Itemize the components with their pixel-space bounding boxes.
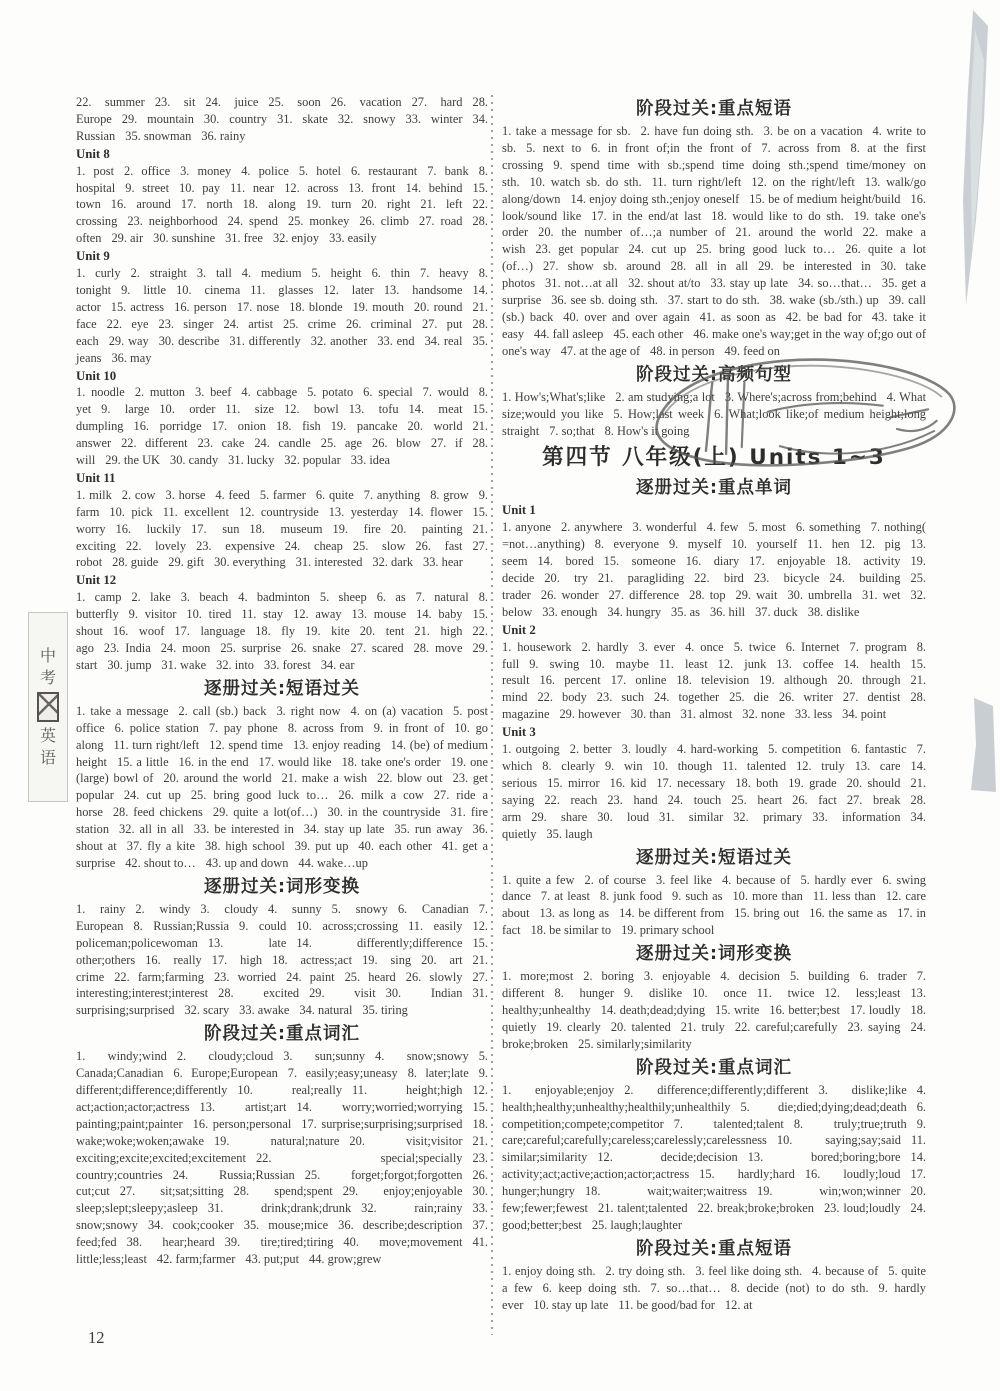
list-item: 4. decision bbox=[720, 969, 780, 983]
list-item: 11. height;high bbox=[352, 1083, 462, 1097]
list-item: 24. juice bbox=[205, 95, 258, 109]
list-item: 21. talent;talented bbox=[598, 1201, 688, 1215]
list-item: 24. spend bbox=[228, 214, 278, 228]
list-item: 28. top bbox=[689, 588, 725, 602]
list-item: 1. windy;wind bbox=[76, 1049, 167, 1063]
list-item: 2. better bbox=[570, 742, 612, 756]
list-item: 9. visitor bbox=[129, 607, 177, 621]
list-item: 35. run away bbox=[394, 822, 462, 836]
list-item: 3. cloudy bbox=[200, 902, 258, 916]
list-item: 7. so;that bbox=[549, 424, 594, 438]
list-item: 1. quite a few bbox=[502, 873, 575, 887]
list-item: 11. twice bbox=[757, 986, 815, 1000]
list-item: 20. art bbox=[421, 953, 462, 967]
list-item: 2. mutton bbox=[135, 385, 185, 399]
list-item: 11. stay bbox=[241, 607, 283, 621]
list-item: 35. laugh bbox=[546, 827, 592, 841]
list-item: 16. porridge bbox=[134, 419, 202, 433]
spine-char: 语 bbox=[40, 750, 56, 766]
list-item: 6. Europe;European bbox=[173, 1066, 277, 1080]
list-item: 5. sheep bbox=[320, 590, 367, 604]
list-item: 34. ear bbox=[321, 658, 355, 672]
list-item: 13. artist;art bbox=[200, 1100, 287, 1114]
list-item: 33. winter bbox=[406, 112, 463, 126]
list-item: 8. grow bbox=[430, 488, 469, 502]
list-item: 26. milk a cow bbox=[339, 788, 424, 802]
list-item: 2. straight bbox=[131, 266, 187, 280]
list-item: 9. dislike bbox=[624, 986, 682, 1000]
list-item: 33. awake bbox=[239, 1003, 289, 1017]
list-item: 32. another bbox=[311, 334, 368, 348]
list-item: 16. percent bbox=[540, 673, 601, 687]
list-item: 26. climb bbox=[359, 214, 409, 228]
list-item: 19. turn bbox=[306, 197, 352, 211]
list-item: 33. enough bbox=[542, 605, 597, 619]
list-item: 18. along bbox=[243, 197, 296, 211]
list-item: 22. farm;farming bbox=[114, 970, 204, 984]
list-item: 3. sun;sunny bbox=[283, 1049, 365, 1063]
list-item: 48. in person bbox=[650, 344, 714, 358]
list-item: 5. hotel bbox=[299, 164, 341, 178]
list-item: 8. How's it going bbox=[605, 424, 690, 438]
word-list: 1. enjoy doing sth.2. try doing sth.3. f… bbox=[502, 1263, 926, 1314]
list-item: 17. would like bbox=[259, 755, 332, 769]
word-list: 1. housework2. hardly3. ever4. once5. tw… bbox=[502, 639, 926, 724]
list-item: 41. as soon as bbox=[700, 310, 776, 324]
list-item: 19. win;won;winner bbox=[757, 1184, 900, 1198]
right-column: 阶段过关:重点短语1. take a message for sb.2. hav… bbox=[502, 94, 926, 1315]
list-item: 5. potato bbox=[307, 385, 353, 399]
list-item: 19. sing bbox=[362, 953, 411, 967]
list-item: 7. at least bbox=[541, 889, 590, 903]
list-item: 8. later;late bbox=[408, 1066, 469, 1080]
list-item: 16. better;best bbox=[769, 1003, 840, 1017]
list-item: 24. paint bbox=[286, 970, 334, 984]
list-item: 6. thin bbox=[372, 266, 410, 280]
list-item: 13. tofu bbox=[349, 402, 399, 416]
list-item: 17. online bbox=[611, 673, 667, 687]
list-item: 8. clearly bbox=[542, 759, 595, 773]
list-item: 3. money bbox=[180, 164, 231, 178]
list-item: 13. as long as bbox=[540, 906, 610, 920]
list-item: 35. as bbox=[671, 605, 700, 619]
list-item: 23. hand bbox=[607, 793, 657, 807]
list-item: 27. put bbox=[422, 317, 463, 331]
list-item: 38. high school bbox=[205, 839, 285, 853]
list-item: 2. cow bbox=[122, 488, 156, 502]
list-item: 2. have fun doing sth. bbox=[641, 124, 754, 138]
list-item: 21. around the world bbox=[735, 225, 852, 239]
list-item: 25. surprise bbox=[220, 641, 281, 655]
list-item: 3. be on a vacation bbox=[764, 124, 863, 138]
list-item: 29. way bbox=[109, 334, 149, 348]
list-item: 6. in front of;in the front of bbox=[591, 141, 751, 155]
list-item: 4. medium bbox=[242, 266, 302, 280]
list-item: 21. make a wish bbox=[282, 771, 367, 785]
list-item: 27. scared bbox=[351, 641, 404, 655]
list-item: 34. so…that… bbox=[798, 276, 872, 290]
list-item: 10. pick bbox=[109, 505, 152, 519]
list-item: 7. heavy bbox=[420, 266, 469, 280]
unit-label: Unit 12 bbox=[76, 572, 488, 589]
list-item: 34. natural bbox=[299, 1003, 352, 1017]
list-item: 20. the number of…;a number of bbox=[538, 225, 725, 239]
list-item: 18. take one's order bbox=[342, 755, 441, 769]
list-item: 10. real;really bbox=[237, 1083, 342, 1097]
page-number: 12 bbox=[88, 1328, 105, 1348]
list-item: 11. glasses bbox=[250, 283, 313, 297]
list-item: 2. call (sb.) back bbox=[178, 704, 266, 718]
list-item: 2. boring bbox=[583, 969, 634, 983]
list-item: 15. a little bbox=[117, 755, 169, 769]
word-list: 1. enjoyable;enjoy2. difference;differen… bbox=[502, 1082, 926, 1234]
list-item: 34. hungry bbox=[607, 605, 661, 619]
list-item: 9. in front of bbox=[374, 721, 445, 735]
list-item: 39. put up bbox=[295, 839, 349, 853]
word-list: 1. take a message for sb.2. have fun doi… bbox=[502, 123, 926, 360]
list-item: 12. across bbox=[284, 181, 338, 195]
list-item: 19. kite bbox=[305, 624, 350, 638]
list-item: 11. talented bbox=[722, 759, 786, 773]
list-item: 6. something bbox=[796, 520, 861, 534]
list-item: 4. because of bbox=[812, 1264, 878, 1278]
list-item: 2. cloudy;cloud bbox=[177, 1049, 273, 1063]
list-item: 22. special;specially bbox=[256, 1151, 463, 1165]
list-item: 13. care bbox=[855, 759, 901, 773]
word-list: 1. rainy2. windy3. cloudy4. sunny5. snow… bbox=[76, 901, 488, 1019]
list-item: 29. however bbox=[559, 707, 620, 721]
list-item: 12. decide;decision bbox=[597, 1150, 737, 1164]
list-item: 12. countryside bbox=[239, 505, 319, 519]
list-item: 26. snake bbox=[291, 641, 341, 655]
list-item: 27. break bbox=[847, 793, 901, 807]
column-divider bbox=[491, 95, 493, 1335]
word-list: 1. curly2. straight3. tall4. medium5. he… bbox=[76, 265, 488, 366]
spine-char: 考 bbox=[40, 670, 56, 686]
list-item: 30. jump bbox=[107, 658, 151, 672]
list-item: 29. mountain bbox=[122, 112, 194, 126]
list-item: 1. noodle bbox=[76, 385, 125, 399]
list-item: 36. see sb. doing sth. bbox=[551, 293, 658, 307]
list-item: 23. expensive bbox=[196, 539, 275, 553]
list-item: 25. bring good luck to… bbox=[696, 242, 835, 256]
list-item: 31. similar bbox=[659, 810, 723, 824]
list-item: 32. shout at/to bbox=[628, 276, 700, 290]
list-item: 4. once bbox=[685, 640, 724, 654]
list-item: 9. street bbox=[125, 181, 169, 195]
list-item: 33. be interested in bbox=[194, 822, 294, 836]
list-item: 17. in the end/at last bbox=[591, 209, 701, 223]
list-item: 5. snowy bbox=[332, 902, 388, 916]
list-item: 10. watch sb. do sth. bbox=[530, 175, 642, 189]
list-item: 5. twice bbox=[734, 640, 776, 654]
unit-label: Unit 10 bbox=[76, 368, 488, 385]
list-item: 26. fact bbox=[792, 793, 837, 807]
list-item: 49. feed on bbox=[725, 344, 780, 358]
list-item: 33. easily bbox=[329, 231, 377, 245]
list-item: 30. than bbox=[631, 707, 671, 721]
list-item: 9. myself bbox=[669, 537, 722, 551]
list-item: 44. grow;grew bbox=[309, 1252, 381, 1266]
list-item: 31. interested bbox=[296, 555, 363, 569]
list-item: 27. if bbox=[431, 436, 463, 450]
list-item: 11. excellent bbox=[163, 505, 229, 519]
list-item: 1. post bbox=[76, 164, 114, 178]
list-item: 19. although bbox=[759, 673, 827, 687]
list-item: 29. share bbox=[531, 810, 587, 824]
list-item: 19. natural;nature bbox=[214, 1134, 339, 1148]
list-item: 6. fantastic bbox=[851, 742, 907, 756]
list-item: 26. fast bbox=[415, 539, 462, 553]
list-item: 23. singer bbox=[159, 317, 214, 331]
list-item: 15. actress bbox=[111, 300, 164, 314]
list-item: 4. on (a) vacation bbox=[351, 704, 443, 718]
list-item: 25. crime bbox=[283, 317, 336, 331]
list-item: 10. maybe bbox=[589, 657, 649, 671]
list-item: 17. necessary bbox=[656, 776, 725, 790]
list-item: 47. at the age of bbox=[561, 344, 640, 358]
list-item: 16. really bbox=[145, 953, 202, 967]
list-item: 2. am studying;a lot bbox=[615, 390, 715, 404]
list-item: 29. gift bbox=[168, 555, 204, 569]
list-item: 24. artist bbox=[224, 317, 274, 331]
list-item: 25. soon bbox=[268, 95, 320, 109]
list-item: 36. describe;description bbox=[338, 1218, 462, 1232]
list-item: 5. height bbox=[312, 266, 362, 280]
list-item: 31. free bbox=[225, 231, 263, 245]
list-item: 28. spend;spent bbox=[234, 1184, 333, 1198]
list-item: 18. be similar to bbox=[531, 923, 612, 937]
list-item: 16. person bbox=[174, 300, 227, 314]
list-item: 20. world bbox=[407, 419, 462, 433]
list-item: 6. trader bbox=[860, 969, 907, 983]
list-item: 32. none bbox=[742, 707, 785, 721]
list-item: 14. flower bbox=[408, 505, 462, 519]
list-item: 24. candle bbox=[254, 436, 310, 450]
list-item: 17. loudly bbox=[850, 1003, 901, 1017]
list-item: 2. anywhere bbox=[561, 520, 622, 534]
list-item: 11. turn right/left bbox=[114, 738, 200, 752]
section-heading: 逐册过关:重点单词 bbox=[502, 476, 926, 500]
list-item: 29. the UK bbox=[105, 453, 160, 467]
word-list: 1. camp2. lake3. beach4. badminton5. she… bbox=[76, 589, 488, 674]
section-heading: 阶段过关:重点短语 bbox=[502, 97, 926, 121]
section-heading: 逐册过关:词形变换 bbox=[76, 875, 488, 899]
list-item: 29. visit bbox=[309, 986, 376, 1000]
list-item: 24. Russia;Russian bbox=[173, 1168, 295, 1182]
list-item: 38. wake (sb./sth.) up bbox=[770, 293, 879, 307]
list-item: 5. farmer bbox=[260, 488, 306, 502]
list-item: 29. quite a lot(of…) bbox=[213, 805, 318, 819]
unit-label: Unit 2 bbox=[502, 622, 926, 639]
list-item: 12. less;least bbox=[824, 986, 900, 1000]
list-item: 1. take a message bbox=[76, 704, 168, 718]
list-item: 3. right now bbox=[276, 704, 340, 718]
list-item: 17. onion bbox=[212, 419, 266, 433]
list-item: 15. be of medium height/build bbox=[749, 192, 900, 206]
list-item: 32. scary bbox=[184, 1003, 229, 1017]
list-item: 21. high bbox=[414, 624, 462, 638]
list-item: 13. handsome bbox=[384, 283, 463, 297]
list-item: 4. badminton bbox=[238, 590, 310, 604]
list-item: 34. stay up late bbox=[304, 822, 385, 836]
list-item: 3. dislike;like bbox=[819, 1083, 907, 1097]
list-item: 3. loudly bbox=[622, 742, 667, 756]
list-item: 21. paragliding bbox=[598, 571, 684, 585]
list-item: 30. loud bbox=[597, 810, 649, 824]
list-item: 12. truly bbox=[796, 759, 845, 773]
list-item: 16. person;personal bbox=[193, 1117, 292, 1131]
list-item: 33. less bbox=[795, 707, 832, 721]
list-item: 31. wake bbox=[161, 658, 206, 672]
list-item: 13. coffee bbox=[776, 657, 833, 671]
list-item: 5. How;last week bbox=[613, 407, 704, 421]
list-item: 5. die;died;dying;dead;death bbox=[740, 1100, 906, 1114]
list-item: 23. India bbox=[104, 641, 151, 655]
list-item: 7. bank bbox=[427, 164, 468, 178]
list-item: 33. forest bbox=[264, 658, 311, 672]
list-item: 15. mirror bbox=[547, 776, 600, 790]
list-item: 12. pig bbox=[860, 537, 901, 551]
list-item: 11. less than bbox=[813, 889, 876, 903]
list-item: 4. snow;snowy bbox=[375, 1049, 469, 1063]
list-item: 18. would like to do sth. bbox=[711, 209, 844, 223]
list-item: 7. natural bbox=[416, 590, 469, 604]
list-item: 24. building bbox=[829, 571, 900, 585]
list-item: 9. little bbox=[121, 283, 166, 297]
list-item: 13. yesterday bbox=[329, 505, 398, 519]
list-item: 20. round bbox=[414, 300, 463, 314]
list-item: 8. Russian;Russia bbox=[133, 919, 229, 933]
list-item: 32. into bbox=[216, 658, 254, 672]
list-item: 37. fly a kite bbox=[127, 839, 195, 853]
list-item: 15. someone bbox=[604, 554, 676, 568]
spine-char: 中 bbox=[40, 648, 56, 664]
list-item: 34. cook;cooker bbox=[148, 1218, 234, 1232]
scanned-workbook-page: 中 考 英 语 22. summer23. sit24. juice25. so… bbox=[0, 0, 1000, 1391]
list-item: 20. should bbox=[847, 776, 901, 790]
list-item: 10. order bbox=[159, 402, 215, 416]
list-item: 13. enjoy reading bbox=[293, 738, 381, 752]
list-item: 19. grade bbox=[788, 776, 836, 790]
word-list: 1. windy;wind2. cloudy;cloud3. sun;sunny… bbox=[76, 1048, 488, 1268]
list-item: 25. forget;forgot;forgotten bbox=[305, 1168, 463, 1182]
list-item: 3. enjoyable bbox=[644, 969, 710, 983]
list-item: 10. yourself bbox=[732, 537, 798, 551]
list-item: 18. blonde bbox=[289, 300, 342, 314]
list-item: 3. tall bbox=[197, 266, 232, 280]
list-item: 14. bored bbox=[537, 554, 593, 568]
list-item: 8. across from bbox=[288, 721, 364, 735]
list-item: 37. duck bbox=[755, 605, 798, 619]
list-item: 22. different bbox=[121, 436, 188, 450]
list-item: 6. special bbox=[363, 385, 412, 399]
list-item: 30. country bbox=[204, 112, 267, 126]
list-item: 17. north bbox=[181, 197, 233, 211]
list-item: 10. once bbox=[692, 986, 747, 1000]
list-item: 31. not…at all bbox=[545, 276, 618, 290]
list-item: 38. dislike bbox=[808, 605, 860, 619]
list-item: 20. try bbox=[544, 571, 588, 585]
list-item: 27. dentist bbox=[843, 690, 901, 704]
list-item: 20. talented bbox=[611, 1020, 671, 1034]
list-item: 18. actress;act bbox=[272, 953, 352, 967]
list-item: 2. difference;differently;different bbox=[624, 1083, 808, 1097]
list-item: 40. move;movement bbox=[343, 1235, 462, 1249]
list-item: 37. start to do sth. bbox=[668, 293, 760, 307]
list-item: 13. front bbox=[348, 181, 395, 195]
list-item: 26. blow bbox=[372, 436, 421, 450]
list-item: 5. next to bbox=[526, 141, 581, 155]
list-item: 16. kid bbox=[610, 776, 647, 790]
list-item: 4. sunny bbox=[268, 902, 322, 916]
list-item: 32. dark bbox=[372, 555, 413, 569]
list-item: 8. truly;true;truth bbox=[794, 1117, 907, 1131]
list-item: 30. candy bbox=[170, 453, 218, 467]
list-item: 32. all in all bbox=[119, 822, 184, 836]
list-item: 15. hardly;hard bbox=[699, 1167, 795, 1181]
list-item: 28. excited bbox=[218, 986, 299, 1000]
list-item: 9. large bbox=[101, 402, 149, 416]
list-item: 25. laugh;laughter bbox=[592, 1218, 682, 1232]
list-item: 18. television bbox=[676, 673, 749, 687]
list-item: 10. pay bbox=[179, 181, 220, 195]
word-list: 1. quite a few2. of course3. feel like4.… bbox=[502, 872, 926, 940]
list-item: 25. similarly;similarity bbox=[578, 1037, 692, 1051]
list-item: 36. hill bbox=[710, 605, 745, 619]
list-item: 28. guide bbox=[112, 555, 158, 569]
list-item: 23. such bbox=[597, 690, 644, 704]
list-item: 4. cabbage bbox=[241, 385, 297, 399]
list-item: 23. worried bbox=[214, 970, 276, 984]
list-item: 10. cinema bbox=[176, 283, 240, 297]
list-item: 22. eye bbox=[107, 317, 149, 331]
list-item: 7. easily;easy;uneasy bbox=[288, 1066, 398, 1080]
list-item: 16. loudly;loud bbox=[805, 1167, 901, 1181]
list-item: 27. hard bbox=[412, 95, 463, 109]
list-item: 11. turn right/left bbox=[652, 175, 742, 189]
list-item: 35. mouse;mice bbox=[244, 1218, 328, 1232]
list-item: 22. summer bbox=[76, 95, 145, 109]
word-list: 1. more;most2. boring3. enjoyable4. deci… bbox=[502, 968, 926, 1053]
list-item: 2. hardly bbox=[582, 640, 629, 654]
list-item: 24. together bbox=[654, 690, 719, 704]
list-item: 17. enjoyable bbox=[749, 554, 825, 568]
list-item: 40. each other bbox=[358, 839, 432, 853]
list-item: 4. few bbox=[707, 520, 739, 534]
list-item: 20. painting bbox=[391, 522, 463, 536]
list-item: 18. wait;waiter;waitress bbox=[585, 1184, 747, 1198]
list-item: 3. Where's;across from;behind bbox=[725, 390, 877, 404]
list-item: 23. saying bbox=[847, 1020, 900, 1034]
list-item: 7. so…that… bbox=[651, 1281, 721, 1295]
list-item: 30. everything bbox=[214, 555, 286, 569]
list-item: 10. tired bbox=[186, 607, 231, 621]
list-item: 23. loud;loudly bbox=[824, 1201, 901, 1215]
list-item: 33. information bbox=[812, 810, 900, 824]
list-item: 30. describe bbox=[159, 334, 220, 348]
word-list: 1. take a message2. call (sb.) back3. ri… bbox=[76, 703, 488, 872]
list-item: 12. later bbox=[323, 283, 373, 297]
list-item: 10. more than bbox=[732, 889, 802, 903]
list-item: 10. across;crossing bbox=[296, 919, 398, 933]
list-item: 17. language bbox=[174, 624, 245, 638]
list-item: 43. up and down bbox=[206, 856, 289, 870]
list-item: 30. umbrella bbox=[787, 588, 852, 602]
word-list: 1. anyone2. anywhere3. wonderful4. few5.… bbox=[502, 519, 926, 620]
list-item: 12. at bbox=[725, 1298, 753, 1312]
list-item: 3. feel like bbox=[656, 873, 712, 887]
